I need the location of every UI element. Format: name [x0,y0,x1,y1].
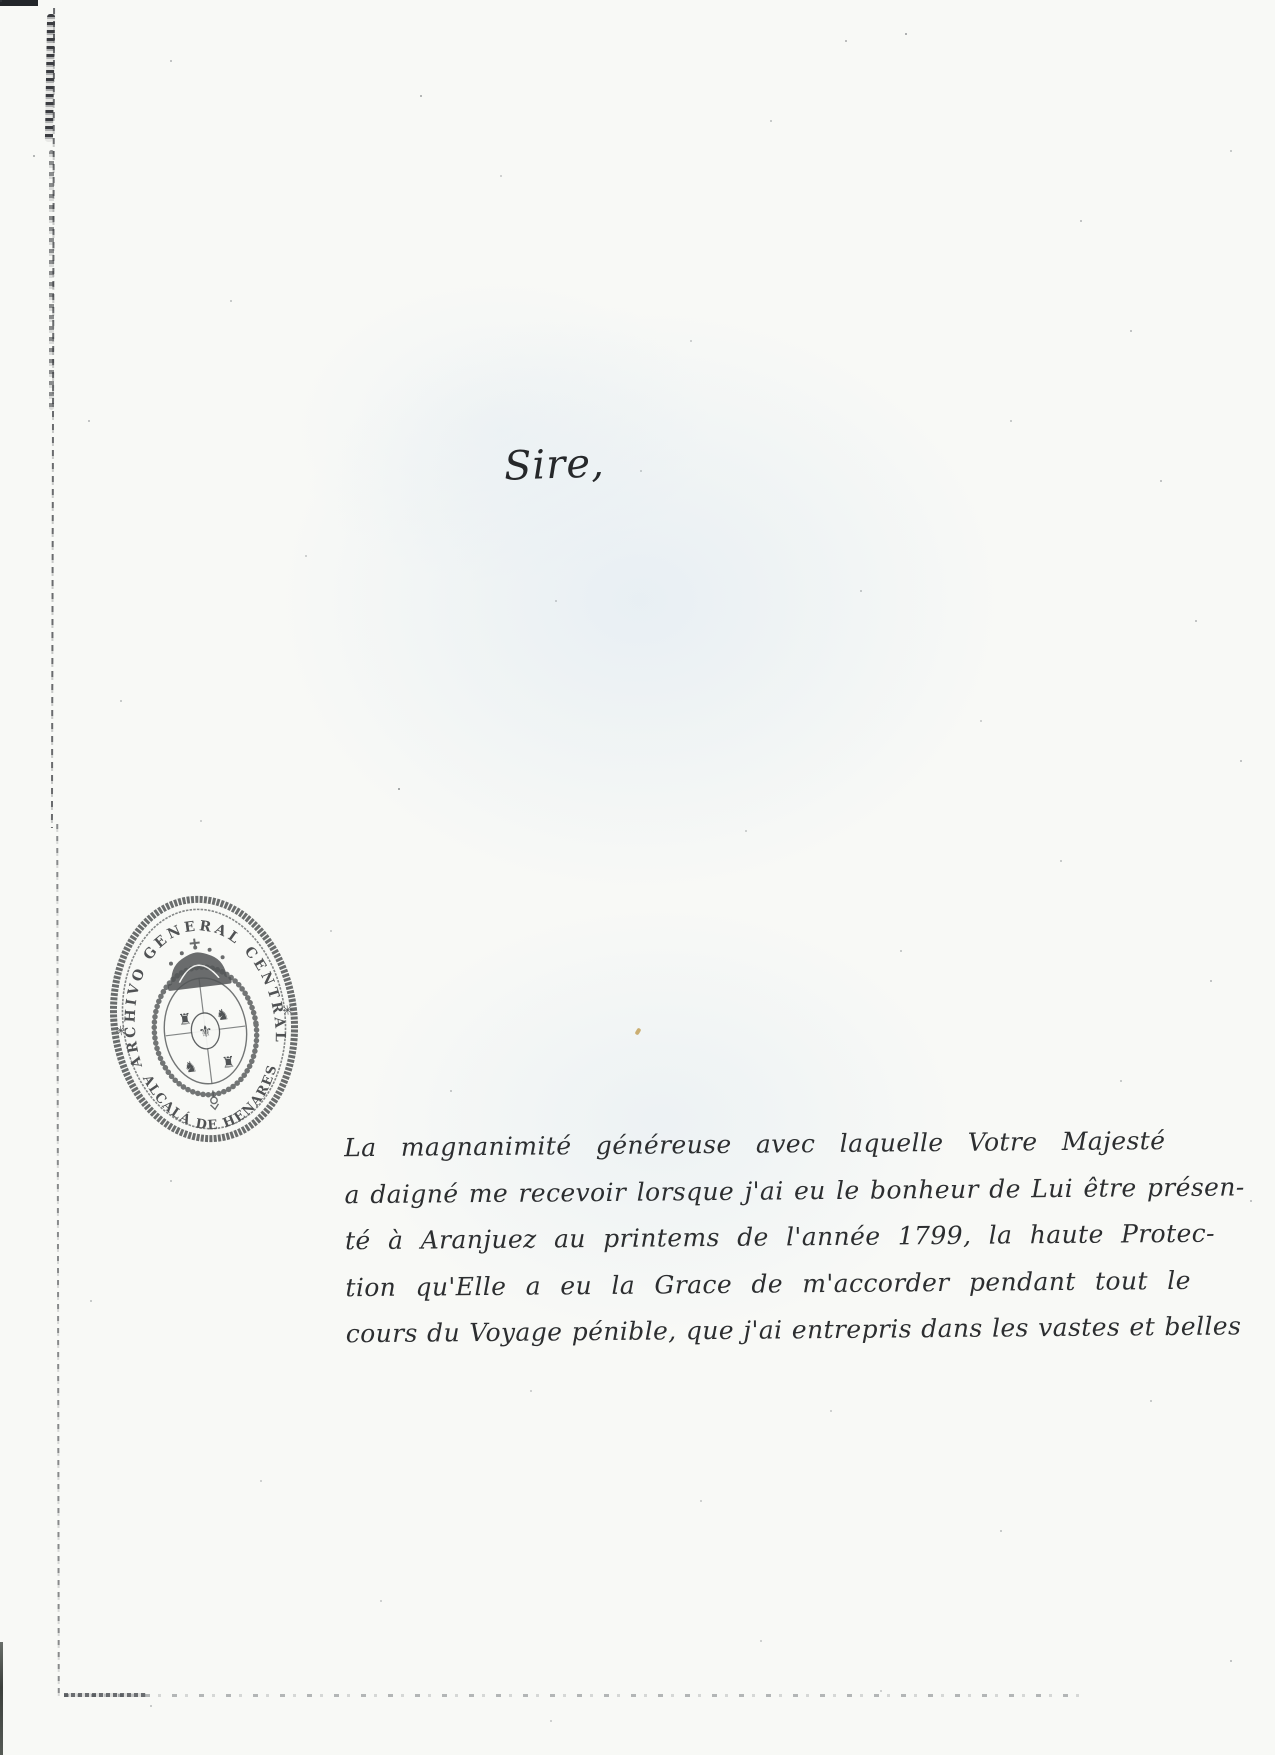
scan-left-edge-strip [0,1642,3,1755]
paper-specks [0,0,2,2]
stamp-arc-bottom-text: ALCALÁ DE HENARES [138,1056,288,1142]
handwriting-line-2: a daigné me recevoir lorsque j'ai eu le … [344,1165,1084,1218]
paper-tint [0,0,1275,1755]
handwriting-line-1: La magnanimité généreuse avec laquelle V… [344,1119,1084,1172]
body-paragraph: La magnanimité généreuse avec laquelle V… [344,1119,1086,1358]
amber-speck [635,1027,642,1035]
handwriting-line-3: té à Aranjuez au printems de l'année 179… [345,1212,1085,1265]
salutation-text: Sire, [503,440,605,489]
scan-vertical-line-lower [56,824,60,1698]
stamp-arc-bottom-textpath: ALCALÁ DE HENARES [138,1056,288,1142]
handwriting-line-5: cours du Voyage pénible, que j'ai entrep… [346,1305,1086,1358]
stamp-ornament-left-icon: ✳ [115,1024,128,1040]
handwriting-line-4: tion qu'Elle a eu la Grace de m'accorder… [345,1258,1085,1311]
stamp-quarter-castle-4: ♜ [221,1053,237,1073]
scan-bottom-dotted-line-dark [64,1693,146,1697]
archive-stamp-graphic: ♜ ♞ ♞ ♜ ⚜ ARCHIVO GENERAL CENTRAL, ALCAL… [91,883,316,1155]
stamp-center-fleur-icon: ⚜ [197,1021,214,1042]
scan-bottom-dotted-line [64,1694,1090,1697]
stamp-crown [162,935,231,991]
stamp-quarter-castle-1: ♜ [177,1010,193,1030]
archive-stamp: ♜ ♞ ♞ ♜ ⚜ ARCHIVO GENERAL CENTRAL, ALCAL… [91,883,316,1155]
stamp-ornament-right-icon: ✳ [281,1003,294,1019]
scanned-page: { "page": { "salutation": "Sire,", "para… [0,0,1275,1755]
stamp-quarter-lion-3: ♞ [183,1057,199,1077]
scan-top-edge-artifact [0,0,38,6]
